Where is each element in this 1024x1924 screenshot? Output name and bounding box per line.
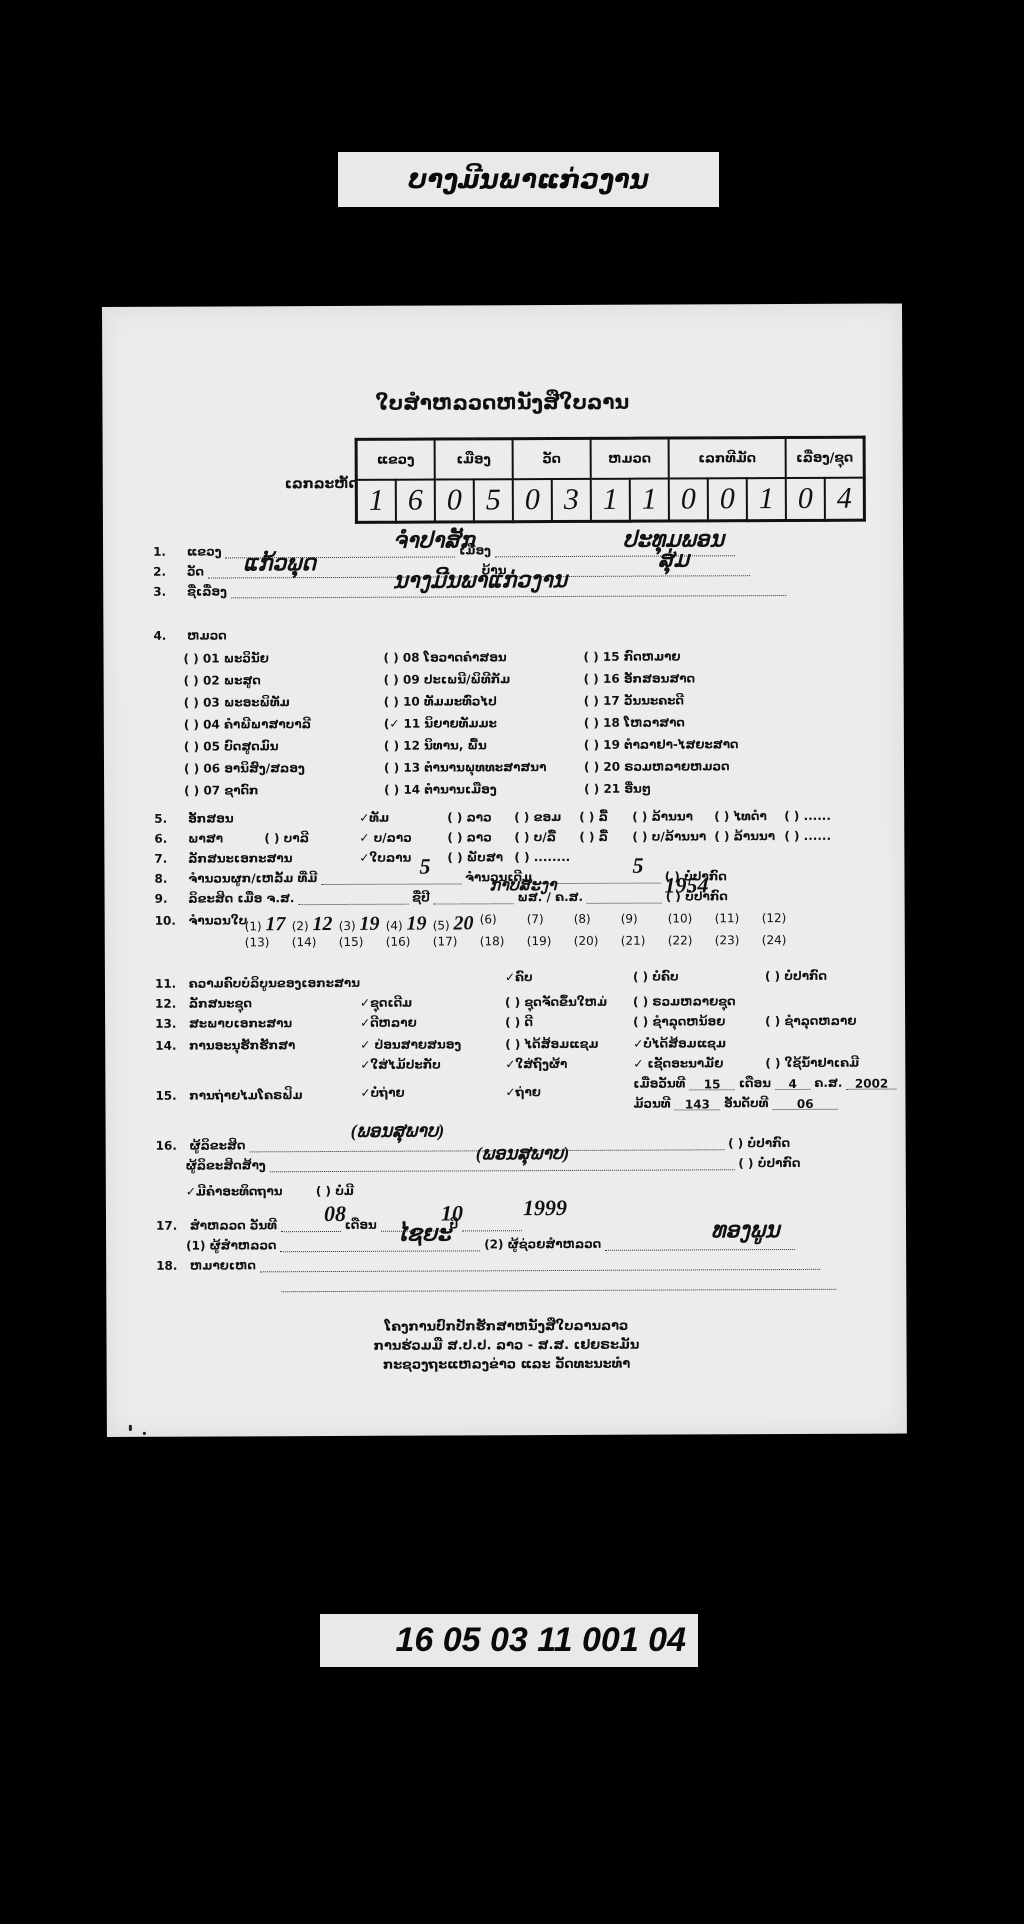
code-digit: 1 — [356, 480, 396, 523]
microfilm-date: ເມື່ອວັນທີ 15 ເດືອນ 4 ຄ.ສ. 2002 — [633, 1076, 896, 1091]
code-digit: 5 — [474, 479, 513, 522]
category-option[interactable]: ( ) 07 ຊາດົກ — [184, 783, 258, 797]
code-digit: 1 — [591, 479, 630, 522]
preservation-option[interactable]: ✓ ເຊັດອະນາມັຍ — [633, 1056, 723, 1070]
script-option[interactable]: ( ) ລ້ານນາ — [632, 809, 693, 823]
set-type-option[interactable]: ✓ຊຸດເດີມ — [360, 996, 412, 1010]
microfilm-option[interactable]: ✓ບໍ່ຖ່າຍ — [360, 1086, 404, 1100]
checkbox-icon: ( ) — [584, 760, 603, 774]
assistant-signature: ທອງພູນ — [711, 1217, 780, 1243]
condition-option[interactable]: ( ) ຊຳລຸດຫນ້ອຍ — [633, 1014, 725, 1028]
leaf-count-item: (10) — [668, 911, 693, 925]
category-option[interactable]: ( ) 03 ພະອະພິທັມ — [184, 695, 290, 709]
language-option[interactable]: ( ) ລາວ — [447, 830, 491, 844]
top-title-text: ບາງມີນພາແກ່ວງານ — [408, 165, 648, 195]
condition-option[interactable]: ( ) ດີ — [505, 1015, 533, 1029]
preservation-option[interactable]: ✓ ປ່ອນສາຍສນອງ — [360, 1037, 461, 1051]
code-header-temple: ວັດ — [513, 438, 591, 479]
sequence-number: 06 — [773, 1097, 838, 1110]
category-option[interactable]: ( ) 21 ອື່ນໆ — [584, 782, 651, 796]
title-value: ນາງມີນພາແກ່ວງານ — [393, 567, 567, 594]
material-option[interactable]: ✓ໃບລານ — [359, 851, 411, 865]
field-script: 5. ອັກສອນ — [154, 811, 233, 825]
microfilm-month: 4 — [775, 1077, 810, 1090]
reel-number: 143 — [675, 1097, 720, 1110]
leaf-count-item: (14) — [292, 935, 317, 949]
top-title-label: ບາງມີນພາແກ່ວງານ — [338, 152, 719, 207]
leaf-count-item: (8) — [574, 912, 591, 926]
language-option[interactable]: ✓ ບ/ລາວ — [359, 831, 411, 845]
field-preservation: 14. ການອະນຸຮັກຮັກສາ — [155, 1038, 295, 1053]
leaf-count-item: (1) 17 — [245, 913, 286, 936]
set-type-option[interactable]: ( ) ຣວມຫລາຍຊຸດ — [633, 994, 736, 1008]
scan-speck — [129, 1425, 132, 1431]
language-option[interactable]: ( ) ລ້ານນາ — [714, 829, 775, 843]
field-set-type: 12. ລັກສນະຊຸດ — [155, 996, 252, 1010]
field-date: 9. ລິຂະສິດ ເມື່ອ ຈ.ສ. ຊື່ປີ ພສ. / ຄ.ສ. (… — [155, 889, 728, 906]
category-option[interactable]: ( ) 20 ຣວມຫລາຍຫມວດ — [584, 759, 730, 774]
year-name-value: ກາບສະງາ — [489, 875, 556, 895]
microfilm-day: 15 — [690, 1077, 735, 1090]
checkbox-icon: ( ) — [184, 674, 203, 688]
preservation-option[interactable]: ✓ບໍ່ໄດ້ສ້ອມແຊມ — [633, 1036, 726, 1050]
category-option[interactable]: ( ) 09 ປະເພນີ/ພິທີກັມ — [384, 672, 511, 687]
copyist-value: (ພອນສຸພາບ) — [351, 1121, 445, 1142]
microfilm-reel: ມ້ວນທີ 143 ອັນດັບທີ 06 — [633, 1096, 837, 1111]
code-digit: 3 — [552, 479, 591, 522]
leaf-count-value: 20 — [453, 912, 473, 934]
condition-option[interactable]: ( ) ຊຳລຸດຫລາຍ — [765, 1014, 856, 1028]
checkmark-icon: (✓ — [384, 717, 404, 731]
leaf-count-item: (19) — [527, 934, 552, 948]
leaf-count-item: (22) — [668, 933, 693, 947]
checkbox-icon: ( ) — [384, 651, 403, 665]
code-digit: 0 — [786, 478, 825, 521]
checkbox-icon: ( ) — [584, 716, 603, 730]
checkbox-icon: ( ) — [184, 784, 203, 798]
language-option[interactable]: ( ) ບາລີ — [264, 831, 309, 845]
category-option[interactable]: ( ) 06 ອານິສົງ/ສລອງ — [184, 761, 305, 776]
code-digit: 6 — [396, 480, 435, 523]
script-option[interactable]: ( ) ...... — [784, 809, 831, 823]
language-option[interactable]: ( ) ບ/ລ້ານນາ — [632, 829, 706, 843]
script-option[interactable]: ( ) ລື້ — [579, 810, 608, 824]
field-condition: 13. ສະພາບເອກະສານ — [155, 1016, 292, 1031]
microfilm-option[interactable]: ✓ຖ່າຍ — [505, 1085, 541, 1099]
leaf-count-item: (17) — [433, 934, 458, 948]
checkbox-icon: ( ) — [184, 740, 203, 754]
preservation-option[interactable]: ✓ໃສ່ຖົງຜ້າ — [505, 1057, 567, 1071]
leaf-count-item: (15) — [339, 935, 364, 949]
checkbox-icon: ( ) — [184, 718, 203, 732]
leaf-counts: (1) 17(2) 12(3) 19(4) 19(5) 20(6) (7) (8… — [102, 304, 902, 307]
condition-option[interactable]: ✓ດີຫລາຍ — [360, 1016, 417, 1030]
leaf-count-item: (12) — [762, 911, 787, 925]
category-option[interactable]: ( ) 17 ວັນນະຄະດີ — [584, 693, 684, 707]
leaf-count-item: (20) — [574, 934, 599, 948]
script-option[interactable]: ( ) ລາວ — [447, 810, 491, 824]
field-material: 7. ລັກສນະເອກະສານ — [154, 851, 292, 866]
preservation-option[interactable]: ( ) ໃຊ້ນ້ຳຢາເຄມີ — [765, 1056, 859, 1070]
checkbox-icon: ( ) — [584, 738, 603, 752]
leaf-count-item: (21) — [621, 934, 646, 948]
category-option[interactable]: ( ) 13 ຕຳນານພຸທທະສາສນາ — [384, 760, 546, 775]
leaf-count-value: 19 — [406, 913, 426, 935]
leaf-count-item: (13) — [245, 935, 270, 949]
checkbox-icon: ( ) — [584, 782, 603, 796]
code-label: ເລກລະຫັດ — [285, 476, 359, 492]
leaf-count-item: (18) — [480, 934, 505, 948]
material-option[interactable]: ( ) ພັບສາ — [447, 850, 503, 864]
code-digit: 0 — [669, 478, 708, 521]
category-options: ( ) 01 ພະວິນັຍ( ) 02 ພະສູດ( ) 03 ພະອະພິທ… — [102, 304, 902, 307]
temple-value: ແກ້ວພຸດ — [243, 550, 316, 576]
field-leaves: 10. ຈຳນວນໃບ — [155, 913, 248, 927]
code-header-bundle-no: ເລກທີມັດ — [669, 438, 786, 479]
language-option[interactable]: ( ) ລື້ — [579, 830, 608, 844]
leaf-count-item: (6) — [480, 912, 497, 926]
field-completeness: 11. ຄວາມຄົບບໍລິບູນຂອງເອກະສານ — [155, 976, 360, 991]
category-option[interactable]: ( ) 15 ກົດຫມາຍ — [584, 649, 681, 663]
checkbox-icon: ( ) — [184, 696, 203, 710]
script-option[interactable]: ( ) ໄທດຳ — [714, 809, 767, 823]
checkbox-icon: ( ) — [184, 652, 203, 666]
remarks-line-2 — [281, 1276, 836, 1292]
footer-ministry: ກະຊວງຖະແຫລງຂ່າວ ແລະ ວັດທະນະທຳ — [107, 1353, 907, 1375]
field-category: 4. ຫມວດ — [153, 628, 226, 642]
leaf-count-item: (16) — [386, 935, 411, 949]
leaf-count-item: (11) — [715, 911, 740, 925]
province-value: ຈຳປາສັກ — [393, 527, 475, 553]
survey-day: 08 — [324, 1201, 346, 1227]
completeness-option[interactable]: ( ) ບໍ່ປາກົດ — [765, 969, 827, 983]
leaf-count-item: (5) 20 — [433, 912, 474, 935]
category-option[interactable]: ( ) 18 ໂຫລາສາດ — [584, 715, 685, 729]
leaf-count-item: (24) — [762, 933, 787, 947]
category-option[interactable]: ( ) 12 ນິທານ, ພື້ນ — [384, 738, 487, 752]
leaf-count-value: 12 — [312, 913, 332, 935]
checkbox-icon: ( ) — [584, 694, 603, 708]
code-digit: 0 — [513, 479, 552, 522]
category-option[interactable]: ( ) 19 ຕຳລາຢາ-ໄສຍະສາດ — [584, 737, 739, 752]
bottom-code-label: 16 05 03 11 001 04 — [320, 1614, 698, 1667]
prayer-option[interactable]: ✓ມີຄຳອະທິດຖານ — [186, 1184, 283, 1198]
leaf-count-value: 17 — [265, 913, 285, 935]
category-option[interactable]: ( ) 14 ຕຳນານເມືອງ — [384, 782, 497, 796]
category-option[interactable]: ( ) 16 ອັກສອນສາດ — [584, 671, 696, 685]
field-language: 6. ພາສາ — [154, 831, 223, 845]
leaf-count-item: (2) 12 — [292, 913, 333, 936]
leaf-count-item: (4) 19 — [386, 913, 427, 936]
code-header-province: ແຂວງ — [356, 439, 435, 480]
field-copyist: 16. ຜູ້ລິຂະສິດ ( ) ບໍ່ປາກົດ — [156, 1136, 791, 1153]
checkbox-icon: ( ) — [384, 739, 403, 753]
category-option[interactable]: ( ) 01 ພະວິນັຍ — [184, 651, 269, 665]
field-surveyors: (1) ຜູ້ສຳຫລວດ (2) ຜູ້ຊ່ວຍສຳຫລວດ — [186, 1236, 795, 1253]
set-type-option[interactable]: ( ) ຊຸດຈັດຂຶ້ນໃຫມ່ — [505, 995, 607, 1009]
leaf-count-item: (9) — [621, 912, 638, 926]
checkbox-icon: ( ) — [384, 695, 403, 709]
year-value: 1954 — [664, 872, 708, 898]
card-title: ໃບສຳຫລວດຫນັງສືໃບລານ — [102, 389, 902, 416]
checkbox-icon: ( ) — [184, 762, 203, 776]
scan-speck — [143, 1432, 146, 1435]
checkbox-icon: ( ) — [584, 672, 603, 686]
fascicle-count-value: 5 — [419, 854, 430, 880]
preservation-option[interactable]: ( ) ໄດ້ສ້ອມແຊມ — [505, 1037, 598, 1051]
code-digit: 0 — [708, 478, 747, 521]
code-digit: 1 — [630, 479, 669, 522]
sponsor-value: (ພອນສຸພາບ) — [476, 1143, 570, 1164]
code-table: ແຂວງ ເມືອງ ວັດ ຫມວດ ເລກທີມັດ ເລື່ອງ/ຊຸດ … — [355, 436, 866, 524]
category-option[interactable]: ( ) 05 ບົດສູດມົນ — [184, 739, 279, 753]
category-option[interactable]: ( ) 02 ພະສູດ — [184, 673, 261, 687]
field-remarks: 18. ຫມາຍເຫດ — [156, 1256, 820, 1273]
category-option[interactable]: ( ) 10 ທັມມະທົ່ວໄປ — [384, 694, 497, 708]
code-digit: 4 — [825, 478, 865, 521]
checkbox-icon: ( ) — [584, 650, 603, 664]
surveyor-signature: ໄຊຍະ — [396, 1220, 451, 1246]
village-value: ສຸ່ມ — [658, 546, 689, 572]
checkbox-icon: ( ) — [384, 673, 403, 687]
original-count-value: 5 — [632, 853, 643, 879]
material-option[interactable]: ( ) ........ — [514, 850, 570, 864]
card-footer: ໂຄງການປົກປັກຮັກສາຫນັງສືໃບລານລາວ ການຮ່ວມມ… — [106, 1315, 906, 1375]
prayer-option[interactable]: ( ) ບໍ່ມີ — [316, 1184, 354, 1198]
category-option[interactable]: (✓ 11 ນິຍາຍທັມມະ — [384, 716, 497, 730]
code-header-district: ເມືອງ — [435, 439, 513, 480]
bottom-code-text: 16 05 03 11 001 04 — [395, 1621, 686, 1660]
survey-card: ໃບສຳຫລວດຫນັງສືໃບລານ ເລກລະຫັດ ແຂວງ ເມືອງ … — [102, 304, 907, 1437]
checkbox-icon: ( ) — [384, 761, 403, 775]
leaf-count-item: (7) — [527, 912, 544, 926]
leaf-count-value: 19 — [359, 913, 379, 935]
category-option[interactable]: ( ) 08 ໂອວາດຄຳສອນ — [384, 650, 507, 665]
script-option[interactable]: ( ) ຂອມ — [514, 810, 561, 824]
microfilm-year: 2002 — [847, 1077, 897, 1090]
language-option[interactable]: ( ) ບ/ລື້ — [514, 830, 556, 844]
script-option[interactable]: ✓ທັມ — [359, 811, 389, 825]
code-digit: 0 — [435, 479, 474, 522]
code-header-category: ຫມວດ — [591, 438, 669, 479]
language-option[interactable]: ( ) ...... — [784, 829, 831, 843]
code-header-story-set: ເລື່ອງ/ຊຸດ — [786, 437, 865, 478]
field-microfilm: 15. ການຖ່າຍໄມໂຄຣຟິມ — [155, 1088, 302, 1103]
leaf-count-item: (3) 19 — [339, 913, 380, 936]
completeness-option[interactable]: ✓ຄົບ — [505, 970, 533, 984]
completeness-option[interactable]: ( ) ບໍ່ຄົບ — [633, 969, 679, 983]
code-digit: 1 — [747, 478, 786, 521]
leaf-count-item: (23) — [715, 933, 740, 947]
preservation-option[interactable]: ✓ໃສ່ໄມ້ປະກັບ — [360, 1058, 441, 1072]
checkbox-icon: ( ) — [384, 783, 403, 797]
category-option[interactable]: ( ) 04 ຄຳພີພາສາບາລີ — [184, 717, 311, 732]
survey-year: 1999 — [523, 1195, 567, 1221]
